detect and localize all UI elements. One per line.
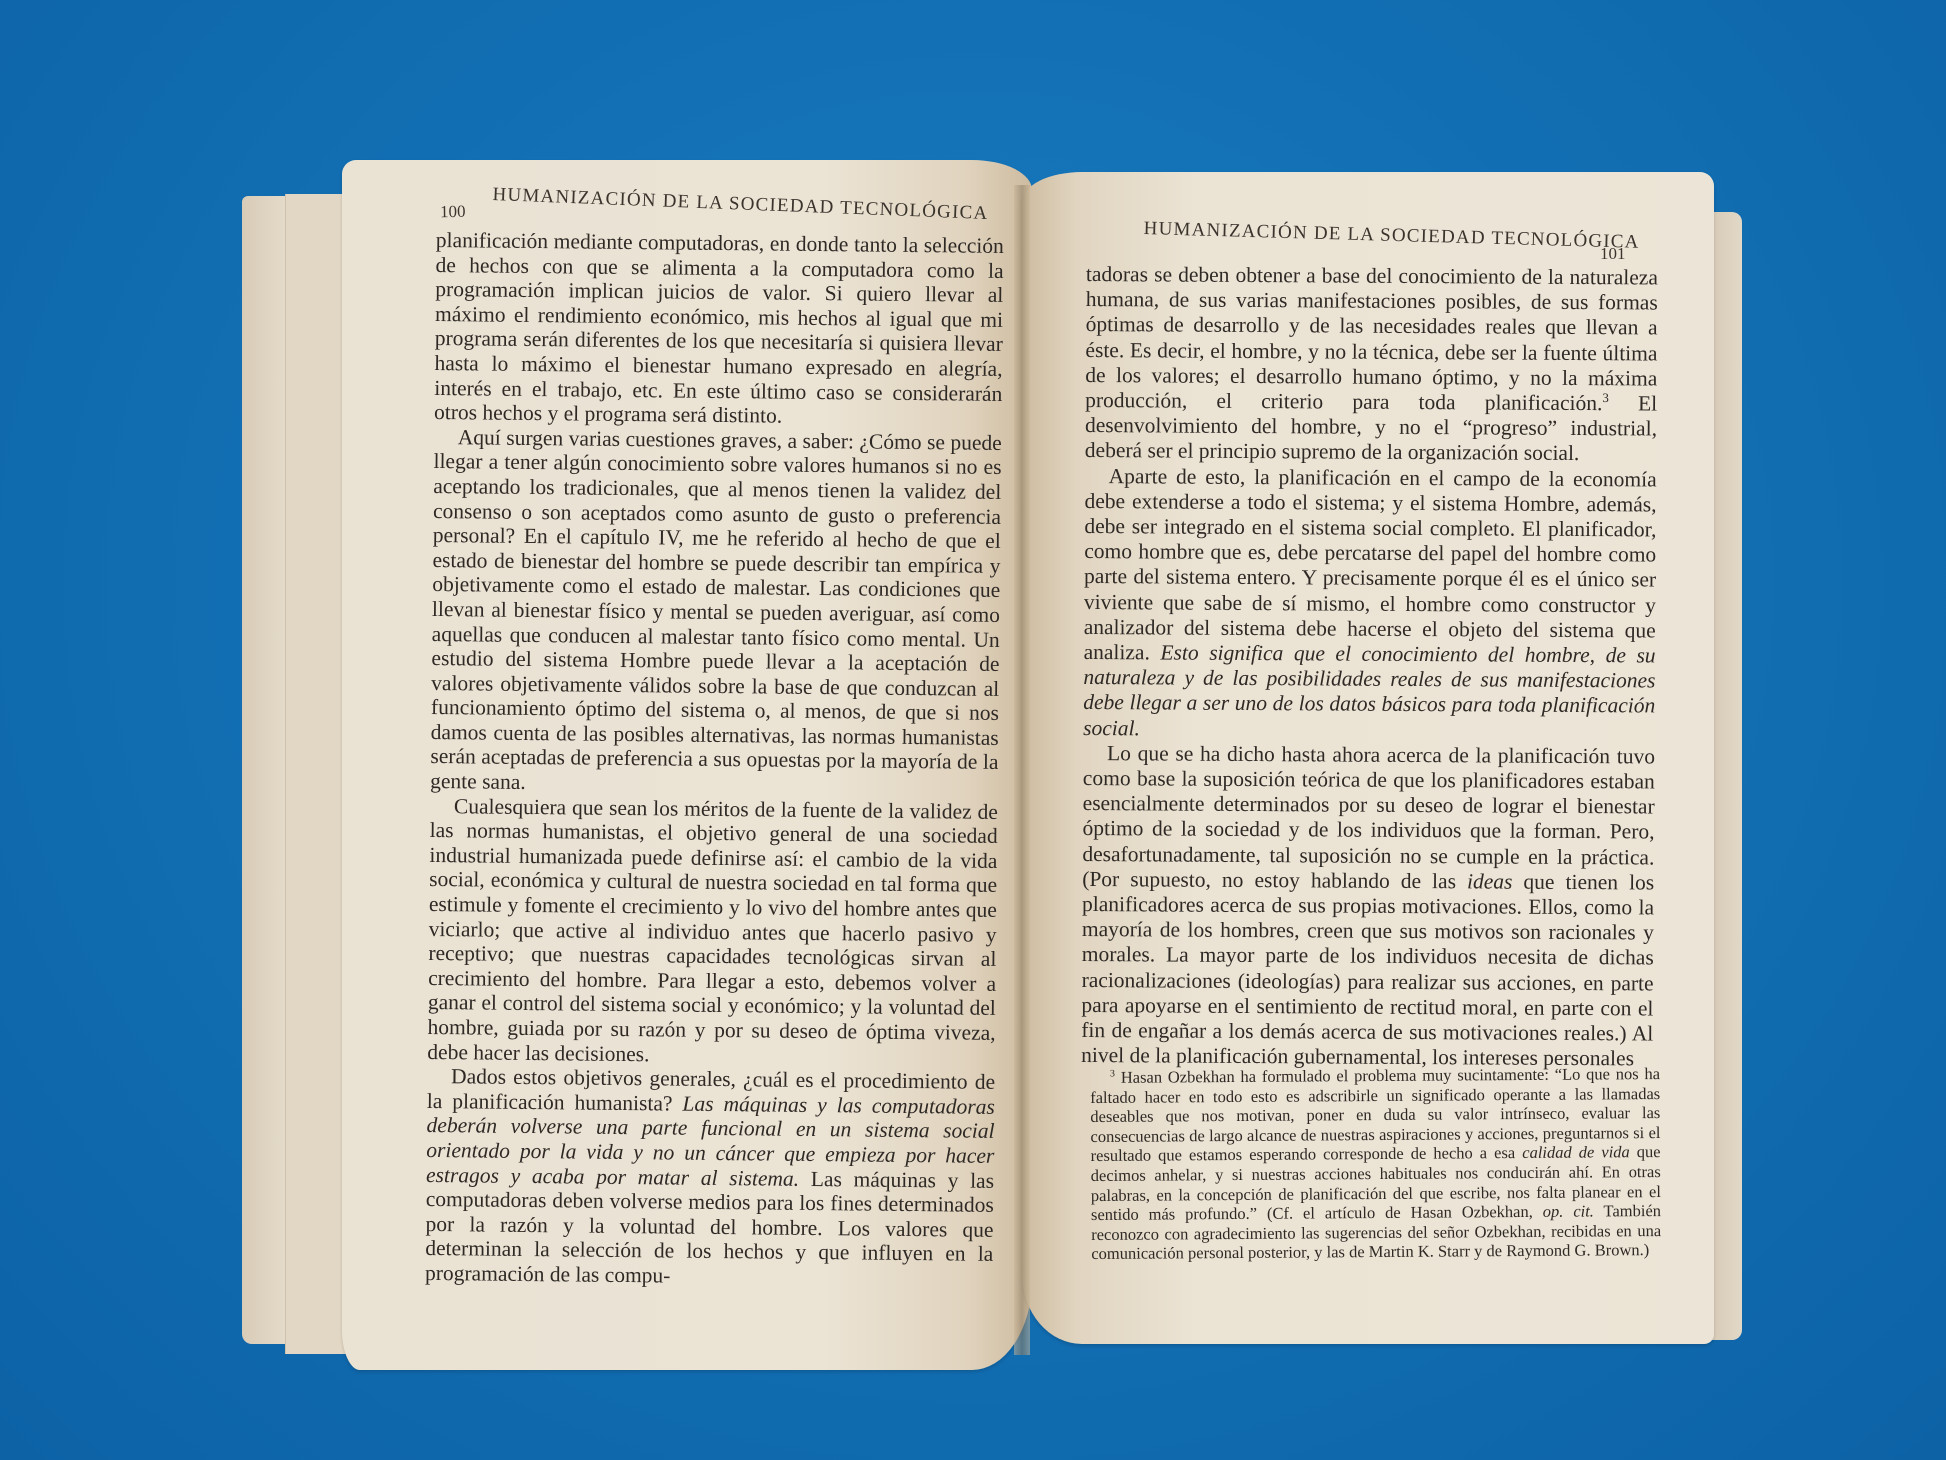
paragraph: Aquí surgen varias cuestiones graves, a … [430,425,1002,800]
text-run: planificación mediante computadoras, en … [434,228,1004,428]
italic-text: Esto significa que el conocimiento del h… [1083,641,1656,740]
paragraph: Cualesquiera que sean los méritos de la … [427,794,998,1070]
paragraph: planificación mediante computadoras, en … [434,228,1004,431]
paragraph: Lo que se ha dicho hasta ahora acerca de… [1081,741,1655,1072]
text-run: Aquí surgen varias cuestiones graves, a … [430,425,1002,794]
footnote-paragraph: 3 Hasan Ozbekhan ha formulado el problem… [1090,1064,1661,1264]
text-run: que tienen los planificadores acerca de … [1081,869,1654,1070]
left-page-body: planificación mediante computadoras, en … [425,228,1004,1291]
paragraph: tadoras se deben obtener a base del cono… [1085,262,1658,467]
paragraph: Dados estos objetivos generales, ¿cuál e… [425,1064,995,1291]
text-run: Aparte de esto, la planificación en el c… [1084,464,1657,665]
text-run: tadoras se deben obtener a base del cono… [1085,262,1658,415]
italic-text: op. cit. [1543,1202,1594,1221]
paragraph: Aparte de esto, la planificación en el c… [1083,464,1657,745]
text-run: Cualesquiera que sean los méritos de la … [427,794,998,1066]
book-spine-gutter [1014,185,1030,1355]
footnote: 3 Hasan Ozbekhan ha formulado el problem… [1090,1064,1661,1264]
left-page-number: 100 [440,202,466,222]
right-page-body: tadoras se deben obtener a base del cono… [1081,262,1658,1072]
right-page-number: 101 [1600,244,1626,264]
italic-text: ideas [1467,869,1513,893]
italic-text: calidad de vida [1522,1143,1630,1163]
